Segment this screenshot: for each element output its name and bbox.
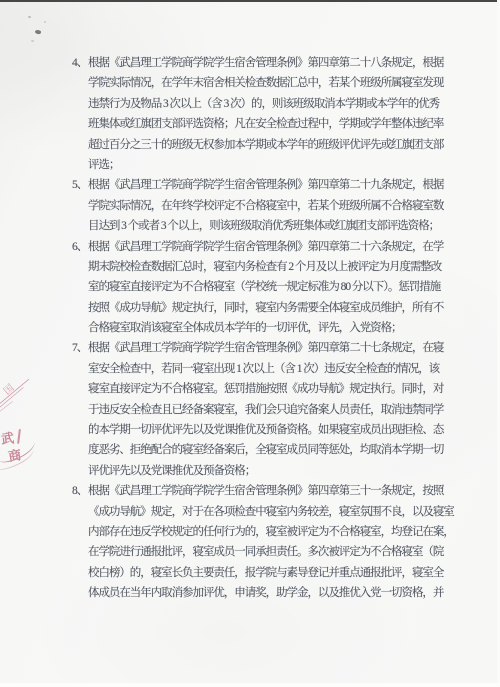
- seal-stroke: [0, 401, 13, 420]
- text-line: 室的寝室直接评定为不合格寝室（学校统一规定标准为 80 分以下）。惩罚措施: [88, 277, 472, 297]
- regulation-item-6: 6、 根据《武昌理工学院商学院学生宿舍管理条例》第四章第二十六条规定，在学 期末…: [72, 237, 472, 339]
- text-line: 根据《武昌理工学院商学院学生宿舍管理条例》第四章第二十九条规定，根据: [88, 175, 472, 195]
- regulation-item-4: 4、 根据《武昌理工学院商学院学生宿舍管理条例》第四章第二十八条规定，根据 学院…: [72, 53, 472, 175]
- item-number: 4、: [72, 53, 87, 73]
- regulation-item-8: 8、 根据《武昌理工学院商学院学生宿舍管理条例》第四章第三十一条规定，按照 《成…: [72, 481, 472, 603]
- ink-speck: [31, 40, 34, 42]
- item-number: 8、: [72, 481, 87, 501]
- text-line: 根据《武昌理工学院商学院学生宿舍管理条例》第四章第三十一条规定，按照: [88, 481, 472, 501]
- text-line: 《成功导航》规定，对于在各项检查中寝室内务较差，寝室氛围不良，以及寝室: [88, 502, 472, 522]
- ink-speck: [35, 29, 42, 35]
- ink-speck: [28, 16, 31, 18]
- scanned-document-page: 4、 根据《武昌理工学院商学院学生宿舍管理条例》第四章第二十八条规定，根据 学院…: [0, 0, 500, 687]
- ink-speck: [44, 21, 46, 23]
- text-line: 超过百分之三十的班级无权参加本学期或本学年的班级评优评先或红旗团支部: [88, 135, 472, 155]
- seal-rim-arc: [0, 443, 36, 474]
- item-number: 7、: [72, 338, 87, 358]
- text-line: 的本学期一切评优评先以及党课推优及预备资格。如果寝室成员出现拒检、态: [88, 420, 472, 440]
- text-line: 期末院校检查数据汇总时，寝室内务检查有 2 个月及以上被评定为月度需整改: [88, 257, 472, 277]
- item-number: 6、: [72, 237, 87, 257]
- seal-stroke: [0, 379, 29, 407]
- scan-bottom-edge: [0, 683, 500, 687]
- seal-character: 商: [7, 444, 23, 465]
- regulation-item-5: 5、 根据《武昌理工学院商学院学生宿舍管理条例》第四章第二十九条规定，根据 学院…: [72, 175, 472, 236]
- seal-character: 武: [0, 427, 15, 447]
- regulation-item-7: 7、 根据《武昌理工学院商学院学生宿舍管理条例》第四章第二十七条规定，在寝 室安…: [72, 338, 472, 481]
- text-line: 合格寝室取消该寝室全体成员本学年的一切评优，评先，入党资格；: [88, 318, 472, 338]
- text-line: 于违反安全检查且已经备案寝室，我们会只追究备案人员责任，取消违禁同学: [88, 400, 472, 420]
- text-line: 按照《成功导航》规定执行，同时，寝室内务需要全体寝室成员维护，所有不: [88, 298, 472, 318]
- text-line: 评优评先以及党课推优及预备资格；: [88, 461, 472, 481]
- text-line: 内部存在违反学校规定的任何行为的，寝室被评定为不合格寝室，均登记在案，: [88, 522, 472, 542]
- item-number: 5、: [72, 175, 87, 195]
- text-line: 学院实际情况，在年终学校评定不合格寝室中，若某个班级所属不合格寝室数: [88, 196, 472, 216]
- text-line: 违禁行为及物品 3 次以上（含 3 次）的，则该班级取消本学期或本学年的优秀: [88, 94, 472, 114]
- seal-rim-arc: [0, 435, 37, 467]
- seal-character: 国: [0, 380, 17, 398]
- red-seal-stamp: 国 武 商: [0, 383, 36, 489]
- text-line: 在学院进行通报批评，寝室成员一同承担责任。多次被评定为不合格寝室（院: [88, 542, 472, 562]
- scan-top-edge: [0, 0, 500, 2]
- text-line: 目达到 3 个或者 3 个以上，则该班级取消优秀班集体或红旗团支部评选资格；: [88, 216, 472, 236]
- text-line: 班集体或红旗团支部评选资格；凡在安全检查过程中，学期或学年整体违纪率: [88, 114, 472, 134]
- text-line: 寝室直接评定为不合格寝室。惩罚措施按照《成功导航》规定执行。同时，对: [88, 379, 472, 399]
- text-line: 根据《武昌理工学院商学院学生宿舍管理条例》第四章第二十八条规定，根据: [88, 53, 472, 73]
- text-line: 度恶劣、拒绝配合的寝室经备案后，全寝室成员同等惩处，均取消本学期一切: [88, 440, 472, 460]
- seal-stroke: [0, 387, 24, 412]
- text-line: 室安全检查中，若同一寝室出现 1 次以上（含 1 次）违反安全检查的情况，该: [88, 359, 472, 379]
- document-body: 4、 根据《武昌理工学院商学院学生宿舍管理条例》第四章第二十八条规定，根据 学院…: [72, 53, 472, 604]
- text-line: 根据《武昌理工学院商学院学生宿舍管理条例》第四章第二十六条规定，在学: [88, 237, 472, 257]
- text-line: 校白榜）的，寝室长负主要责任，报学院与素导登记并重点通报批评，寝室全: [88, 563, 472, 583]
- text-line: 根据《武昌理工学院商学院学生宿舍管理条例》第四章第二十七条规定，在寝: [88, 338, 472, 358]
- text-line: 体成员在当年内取消参加评优，申请奖，助学金，以及推优入党一切资格，并: [88, 583, 472, 603]
- text-line: 评选；: [88, 155, 472, 175]
- seal-stroke: [17, 429, 21, 444]
- text-line: 学院实际情况，在学年末宿舍相关检查数据汇总中，若某个班级所属寝室发现: [88, 73, 472, 93]
